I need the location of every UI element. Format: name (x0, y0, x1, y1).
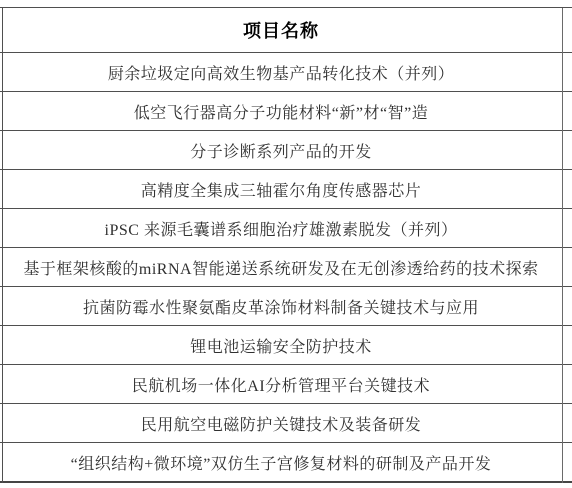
table-row: 锂电池运输安全防护技术 (0, 326, 572, 365)
table-row: 基于框架核酸的miRNA智能递送系统研发及在无创渗透给药的技术探索 (0, 248, 572, 287)
project-name-cell: 抗菌防霉水性聚氨酯皮革涂饰材料制备关键技术与应用 (11, 295, 551, 318)
project-name-cell: “组织结构+微环境”双仿生子宫修复材料的研制及产品开发 (11, 451, 551, 474)
table-row: 分子诊断系列产品的开发 (0, 131, 572, 170)
table-row: iPSC 来源毛囊谱系细胞治疗雄激素脱发（并列） (0, 209, 572, 248)
table-row: 抗菌防霉水性聚氨酯皮革涂饰材料制备关键技术与应用 (0, 287, 572, 326)
document-page: 项目名称 厨余垃圾定向高效生物基产品转化技术（并列） 低空飞行器高分子功能材料“… (0, 0, 572, 488)
project-name-cell: 低空飞行器高分子功能材料“新”材“智”造 (11, 100, 551, 123)
project-name-cell: 基于框架核酸的miRNA智能递送系统研发及在无创渗透给药的技术探索 (11, 256, 551, 279)
table-right-column-divider (562, 8, 563, 483)
table-header-row: 项目名称 (0, 8, 572, 53)
table-row: 厨余垃圾定向高效生物基产品转化技术（并列） (0, 53, 572, 92)
table-left-border (2, 8, 3, 483)
project-name-cell: 民航机场一体化AI分析管理平台关键技术 (11, 373, 551, 396)
table-row: 民航机场一体化AI分析管理平台关键技术 (0, 365, 572, 404)
table-row: 民用航空电磁防护关键技术及装备研发 (0, 404, 572, 443)
project-name-table: 项目名称 厨余垃圾定向高效生物基产品转化技术（并列） 低空飞行器高分子功能材料“… (0, 7, 572, 483)
project-name-cell: 民用航空电磁防护关键技术及装备研发 (11, 412, 551, 435)
table-row: 低空飞行器高分子功能材料“新”材“智”造 (0, 92, 572, 131)
project-name-cell: iPSC 来源毛囊谱系细胞治疗雄激素脱发（并列） (11, 217, 551, 240)
column-header-project-name: 项目名称 (11, 17, 551, 43)
project-name-cell: 锂电池运输安全防护技术 (11, 334, 551, 357)
table-row: 高精度全集成三轴霍尔角度传感器芯片 (0, 170, 572, 209)
table-row: “组织结构+微环境”双仿生子宫修复材料的研制及产品开发 (0, 443, 572, 483)
project-name-cell: 高精度全集成三轴霍尔角度传感器芯片 (11, 178, 551, 201)
project-name-cell: 厨余垃圾定向高效生物基产品转化技术（并列） (11, 61, 551, 84)
project-name-cell: 分子诊断系列产品的开发 (11, 139, 551, 162)
